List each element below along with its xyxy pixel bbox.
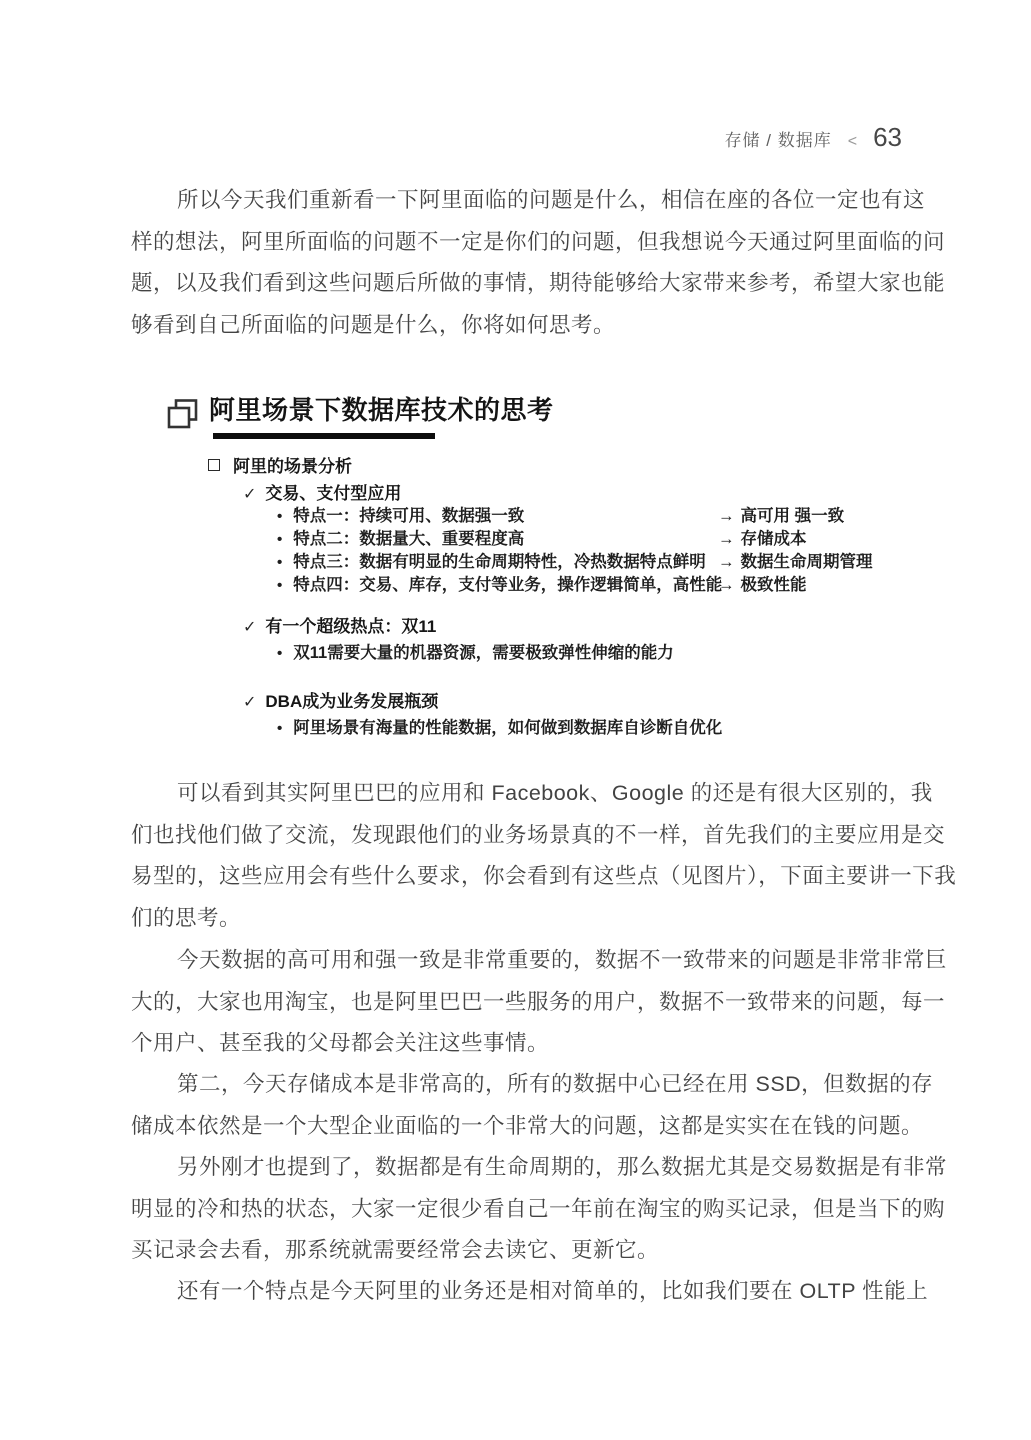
slide-figure: 阿里场景下数据库技术的思考 阿里的场景分析 ✓交易、支付型应用 •特点一：持续可… [0, 0, 1031, 760]
paragraph-line: 们的思考。 [131, 898, 903, 940]
slide-subsection-heading: ✓交易、支付型应用 [243, 479, 401, 504]
slide-bullet: •特点四：交易、库存，支付等业务，操作逻辑简单，高性能 →极致性能 [277, 571, 917, 595]
paragraph-line: 明显的冷和热的状态，大家一定很少看自己一年前在淘宝的购买记录，但是当下的购 [131, 1189, 903, 1231]
arrow-right-icon: → [718, 553, 735, 571]
dot-bullet-icon: • [277, 720, 282, 737]
slide-section-title: 阿里的场景分析 [233, 457, 352, 476]
paragraph-line: 还有一个特点是今天阿里的业务还是相对简单的，比如我们要在 OLTP 性能上 [131, 1271, 903, 1313]
paragraph-line: 易型的，这些应用会有些什么要求，你会看到有这些点（见图片），下面主要讲一下我 [131, 856, 903, 898]
bullet-text: 特点一：持续可用、数据强一致 [293, 507, 524, 525]
slide-subsection-title: 交易、支付型应用 [265, 484, 401, 503]
slide-subsection-title: 有一个超级热点：双11 [265, 617, 436, 636]
paragraph-line: 买记录会去看，那系统就需要经常会去读它、更新它。 [131, 1230, 903, 1272]
paragraph-line: 第二，今天存储成本是非常高的，所有的数据中心已经在用 SSD，但数据的存 [131, 1064, 903, 1106]
paragraph-line: 个用户、甚至我的父母都会关注这些事情。 [131, 1023, 903, 1065]
bullet-result: →存储成本 [718, 525, 807, 549]
slide-bullet: •双11需要大量的机器资源，需要极致弹性伸缩的能力 [277, 639, 917, 663]
paragraph: 另外刚才也提到了，数据都是有生命周期的，那么数据尤其是交易数据是有非常 明显的冷… [131, 1147, 903, 1272]
paragraph-line: 大的，大家也用淘宝，也是阿里巴巴一些服务的用户，数据不一致带来的问题，每一 [131, 982, 903, 1024]
square-bullet-icon [208, 459, 220, 471]
bullet-result: →高可用 强一致 [718, 502, 844, 526]
slide-bullet: •特点二：数据量大、重要程度高 →存储成本 [277, 525, 917, 549]
dot-bullet-icon: • [277, 645, 282, 662]
paragraph: 还有一个特点是今天阿里的业务还是相对简单的，比如我们要在 OLTP 性能上 [131, 1271, 903, 1313]
duplicate-slides-icon [165, 397, 202, 437]
arrow-right-icon: → [718, 507, 735, 525]
book-page: 存储 / 数据库 < 63 所以今天我们重新看一下阿里面临的问题是什么，相信在座… [0, 0, 1031, 1440]
slide-subsection-heading: ✓DBA成为业务发展瓶颈 [243, 687, 438, 712]
checkmark-icon: ✓ [243, 486, 256, 503]
bullet-text: 双11需要大量的机器资源，需要极致弹性伸缩的能力 [293, 644, 673, 662]
dot-bullet-icon: • [277, 508, 282, 525]
bullet-text: 阿里场景有海量的性能数据，如何做到数据库自诊断自优化 [293, 719, 722, 737]
result-text: 存储成本 [741, 530, 807, 548]
checkmark-icon: ✓ [243, 619, 256, 636]
dot-bullet-icon: • [277, 531, 282, 548]
result-text: 高可用 强一致 [741, 507, 845, 525]
bullet-text: 特点二：数据量大、重要程度高 [293, 530, 524, 548]
arrow-right-icon: → [718, 576, 735, 594]
slide-bullet: •特点一：持续可用、数据强一致 →高可用 强一致 [277, 502, 917, 526]
dot-bullet-icon: • [277, 577, 282, 594]
bullet-text: 特点四：交易、库存，支付等业务，操作逻辑简单，高性能 [293, 576, 722, 594]
paragraph-line: 今天数据的高可用和强一致是非常重要的，数据不一致带来的问题是非常非常巨 [131, 940, 903, 982]
slide-bullet: •阿里场景有海量的性能数据，如何做到数据库自诊断自优化 [277, 714, 917, 738]
bullet-result: →数据生命周期管理 [718, 548, 873, 572]
slide-section-heading: 阿里的场景分析 [208, 452, 352, 477]
dot-bullet-icon: • [277, 554, 282, 571]
paragraph: 今天数据的高可用和强一致是非常重要的，数据不一致带来的问题是非常非常巨 大的，大… [131, 940, 903, 1065]
slide-subsection-title: DBA成为业务发展瓶颈 [265, 692, 438, 711]
bullet-result: →极致性能 [718, 571, 807, 595]
paragraph: 可以看到其实阿里巴巴的应用和 Facebook、Google 的还是有很大区别的… [131, 773, 903, 939]
paragraph-line: 可以看到其实阿里巴巴的应用和 Facebook、Google 的还是有很大区别的… [131, 773, 903, 815]
slide-subsection-heading: ✓有一个超级热点：双11 [243, 612, 436, 637]
paragraph-line: 们也找他们做了交流，发现跟他们的业务场景真的不一样，首先我们的主要应用是交 [131, 815, 903, 857]
slide-title: 阿里场景下数据库技术的思考 [209, 390, 554, 427]
result-text: 数据生命周期管理 [741, 553, 873, 571]
bullet-text: 特点三：数据有明显的生命周期特性，冷热数据特点鲜明 [293, 553, 706, 571]
slide-title-underline [213, 433, 435, 439]
checkmark-icon: ✓ [243, 694, 256, 711]
paragraph-line: 储成本依然是一个大型企业面临的一个非常大的问题，这都是实实在在钱的问题。 [131, 1106, 903, 1148]
slide-bullet: •特点三：数据有明显的生命周期特性，冷热数据特点鲜明 →数据生命周期管理 [277, 548, 917, 572]
paragraph: 第二，今天存储成本是非常高的，所有的数据中心已经在用 SSD，但数据的存 储成本… [131, 1064, 903, 1147]
result-text: 极致性能 [741, 576, 807, 594]
paragraph-line: 另外刚才也提到了，数据都是有生命周期的，那么数据尤其是交易数据是有非常 [131, 1147, 903, 1189]
arrow-right-icon: → [718, 530, 735, 548]
